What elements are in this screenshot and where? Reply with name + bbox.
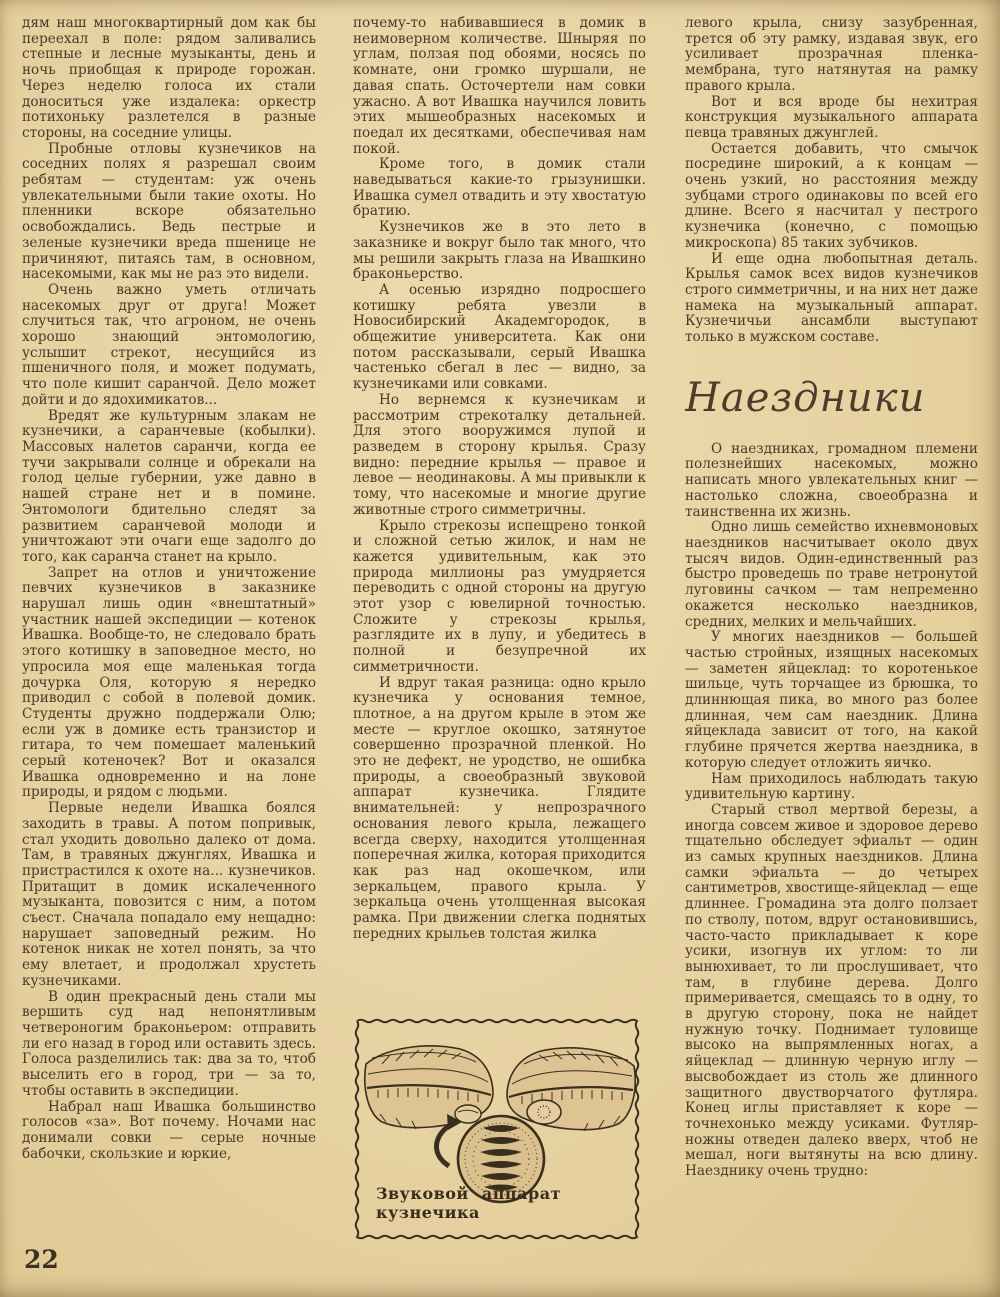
paragraph: левого крыла, снизу зазубренная, трется … xyxy=(685,16,978,95)
paragraph: У многих наездников — большей частью стр… xyxy=(685,630,978,771)
paragraph: Старый ствол мертвой березы, а иногда со… xyxy=(685,803,978,1180)
section-heading: Наездники xyxy=(685,376,978,420)
figure-sound-apparatus: Звуковой аппарат кузнечика xyxy=(352,1016,648,1246)
paragraph: А осенью изрядно подросшего котишку ребя… xyxy=(353,283,646,393)
paragraph: Первые недели Ивашка боялся заходить в т… xyxy=(22,801,316,989)
right-wing-drawing xyxy=(507,1048,635,1131)
paragraph: И вдруг такая разница: одно крыло кузнеч… xyxy=(353,676,646,943)
paragraph: Но вернемся к кузнечикам и рассмотрим ст… xyxy=(353,393,646,519)
column-middle: почему-то набивавшиеся в домик в неимове… xyxy=(353,16,646,1016)
paragraph: Запрет на отлов и уничтожение певчих куз… xyxy=(22,566,316,802)
left-wing-drawing xyxy=(365,1046,493,1129)
paragraph: Вот и вся вроде бы нехитрая конструкция … xyxy=(685,95,978,142)
paragraph: дям наш многоквартирный дом как бы перее… xyxy=(22,16,316,142)
paragraph: Остается добавить, что смычок посредине … xyxy=(685,142,978,252)
column-left: дям наш многоквартирный дом как бы перее… xyxy=(22,16,316,1246)
paragraph: О наездниках, громадном племени полезней… xyxy=(685,442,978,521)
figure-caption: Звуковой аппарат кузнечика xyxy=(376,1184,648,1222)
right-column-top-text: левого крыла, снизу зазубренная, трется … xyxy=(685,16,978,346)
paragraph: В один прекрасный день стали мы вершить … xyxy=(22,990,316,1100)
paragraph: Пробные отловы кузнечиков на соседних по… xyxy=(22,142,316,283)
column-right: левого крыла, снизу зазубренная, трется … xyxy=(685,16,978,1248)
paragraph: И еще одна любопытная деталь. Крылья сам… xyxy=(685,252,978,346)
paragraph: Одно лишь семейство ихневмоновых наездни… xyxy=(685,520,978,630)
paragraph: Нам приходилось наблюдать такую удивител… xyxy=(685,772,978,803)
paragraph: Кузнечиков же в это лето в заказнике и в… xyxy=(353,220,646,283)
paragraph: Крыло стрекозы испещрено тонкой и сложно… xyxy=(353,519,646,676)
paragraph: Кроме того, в домик стали наведываться к… xyxy=(353,157,646,220)
page-number: 22 xyxy=(24,1245,59,1274)
right-column-bottom-text: О наездниках, громадном племени полезней… xyxy=(685,442,978,1180)
paragraph: Очень важно уметь отличать насекомых дру… xyxy=(22,283,316,409)
scanned-book-page: дям наш многоквартирный дом как бы перее… xyxy=(0,0,1000,1297)
paragraph: Вредят же культурным злакам не кузнечики… xyxy=(22,409,316,566)
paragraph: почему-то набивавшиеся в домик в неимове… xyxy=(353,16,646,157)
paragraph: Набрал наш Ивашка большинство голосов «з… xyxy=(22,1100,316,1163)
